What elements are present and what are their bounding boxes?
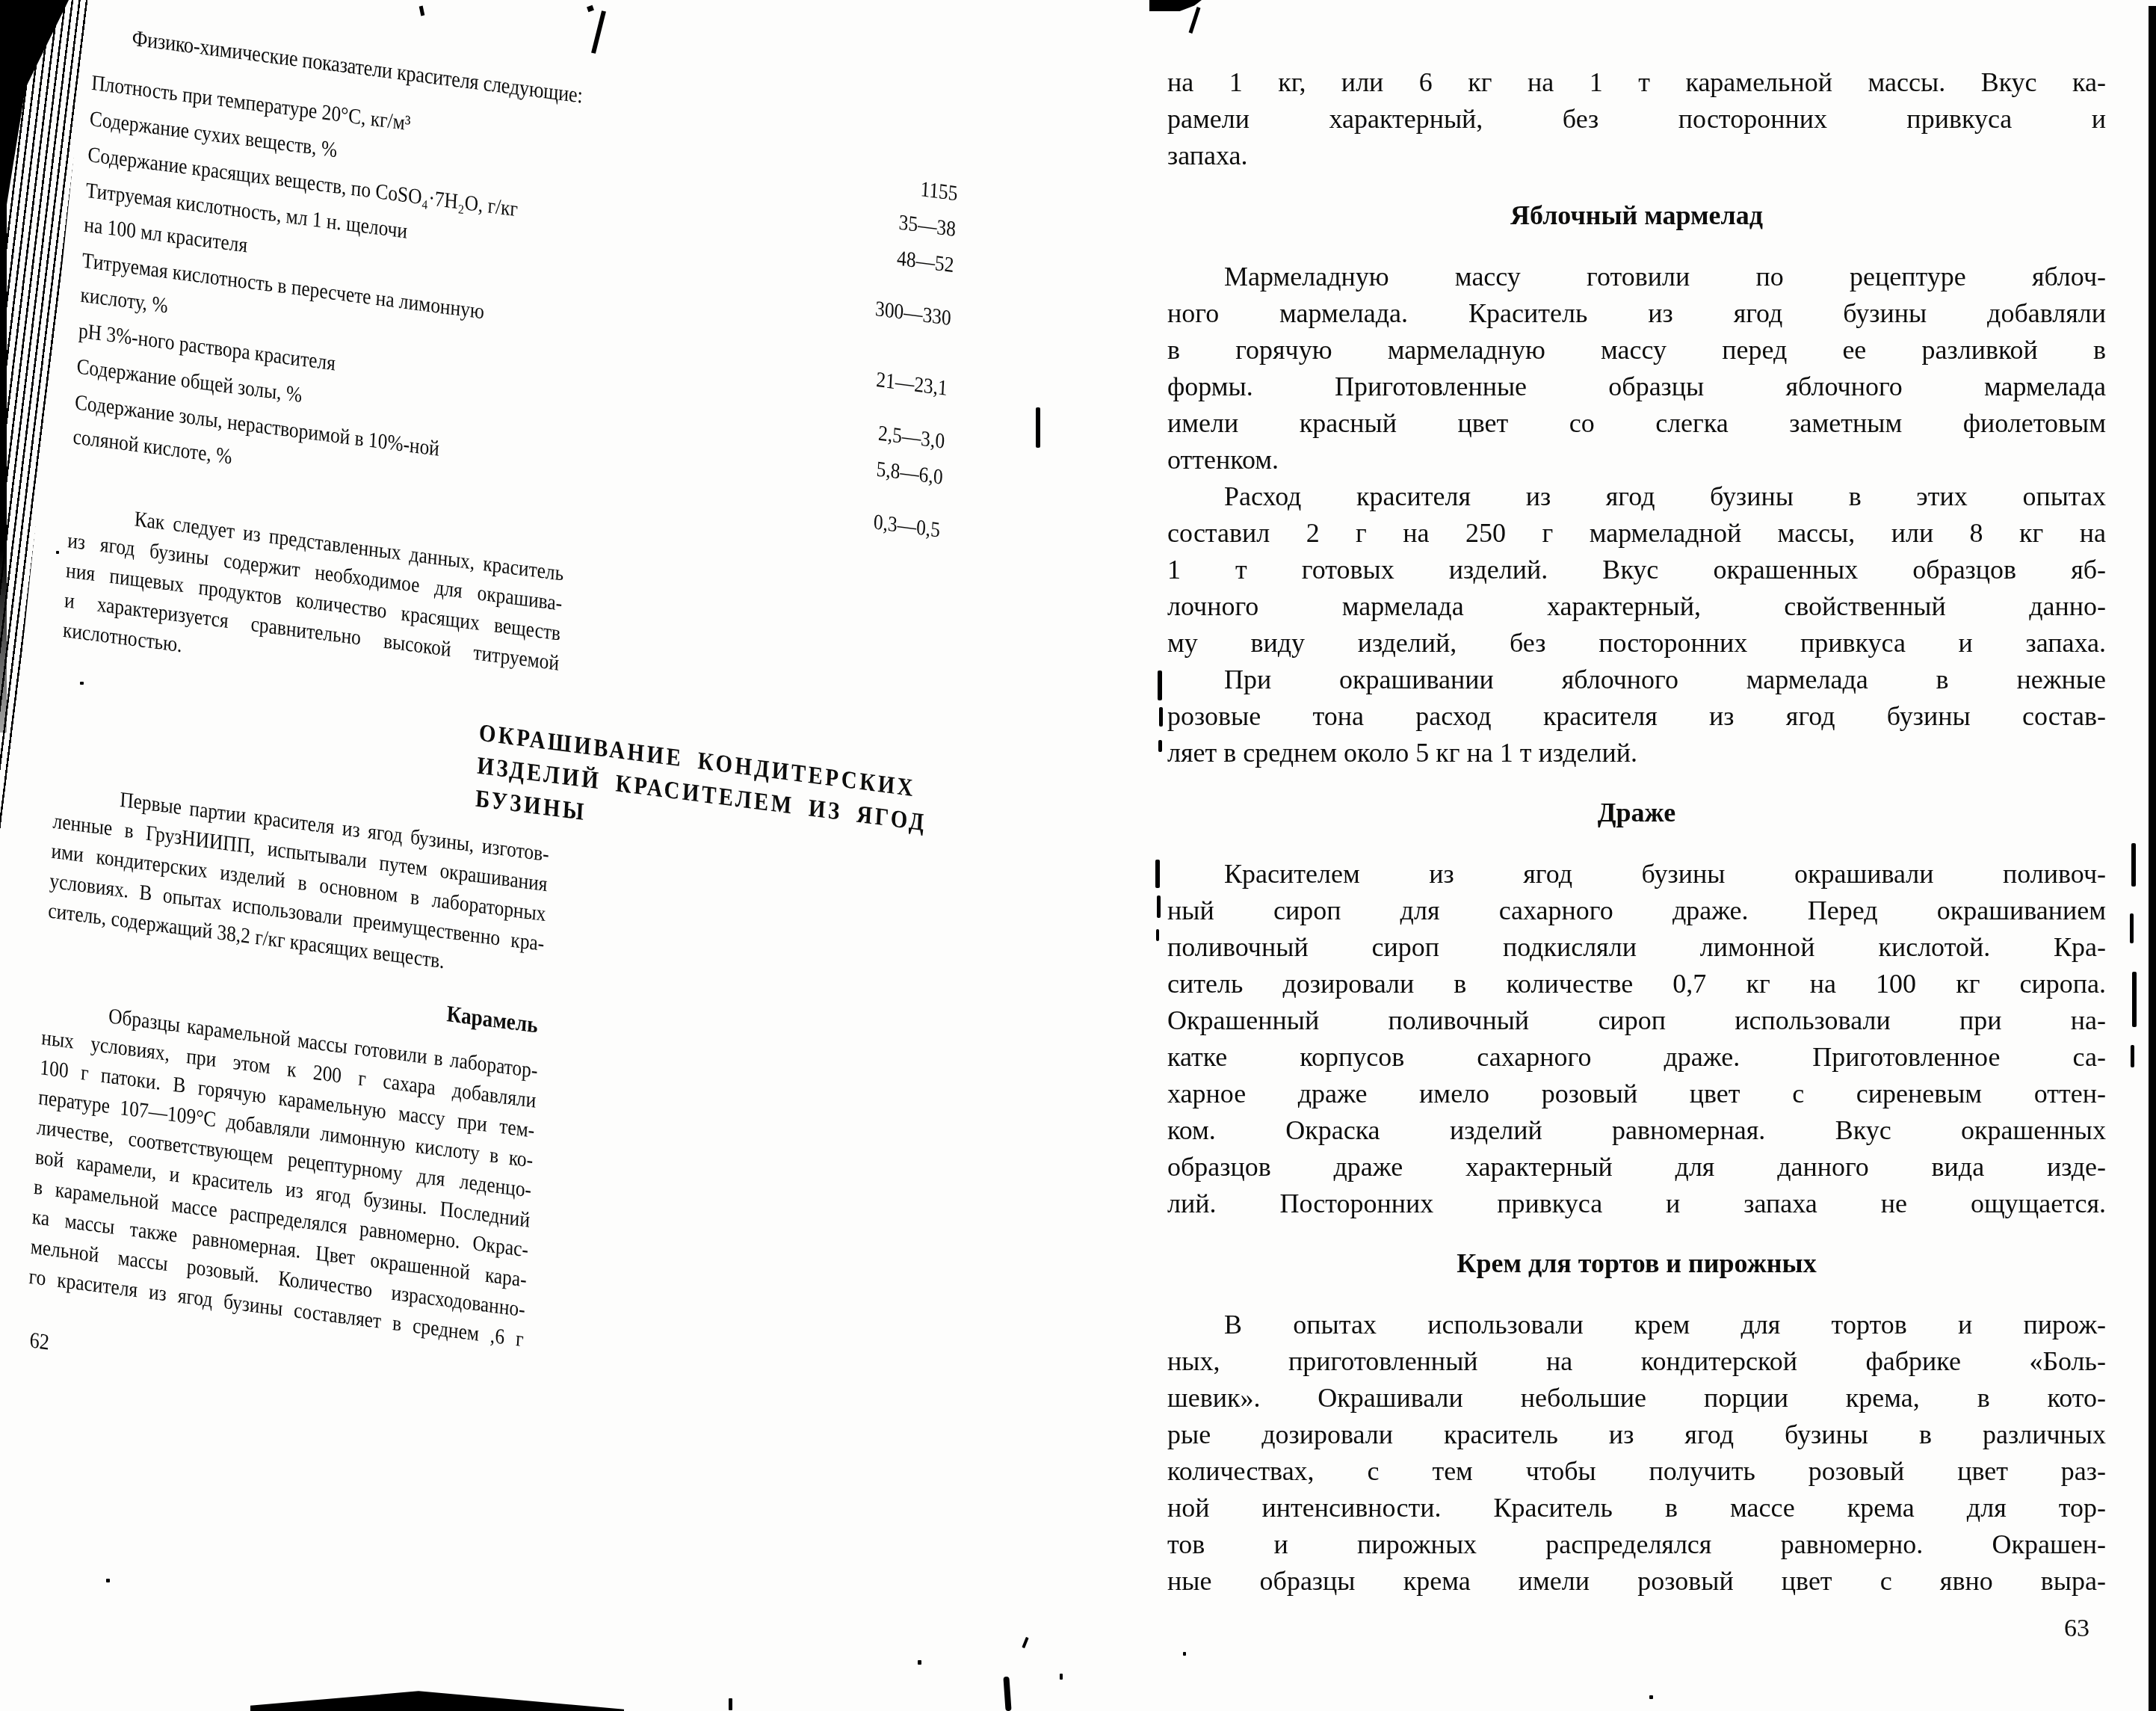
scan-artifact-speck [1022,1637,1028,1648]
paragraph-dragee: Красителем из ягод бузины окрашивали пол… [1167,856,2106,1222]
scan-artifact-speck [729,1698,732,1710]
paragraph-cream: В опытах использовали крем для тортов и … [1167,1307,2106,1600]
dragee-heading: Драже [1167,795,2106,831]
scan-artifact-gutter-bar [1036,407,1040,448]
scan-artifact-right-edge-bar [2149,6,2156,1711]
scan-artifact-gutter-dash [1158,670,1162,700]
scan-artifact-top-dot [587,5,594,12]
scan-artifact-apostrophe [419,6,425,16]
scan-artifact-gutter-dash [1155,860,1160,888]
scan-artifact-bottom-wedge [250,1689,624,1711]
scan-artifact-top-mark [1149,0,1202,11]
scan-artifact-top-mark-tail [1189,7,1201,34]
scan-artifact-gutter-dash [1157,895,1161,918]
right-page: на 1 кг, или 6 кг на 1 т карамельной мас… [1167,43,2106,1643]
paragraph-caramel: Образцы карамельной массы готовили в лаб… [28,993,539,1354]
scan-artifact-speck [106,1579,110,1582]
scan-artifact-right-dash [2131,1045,2134,1067]
properties-table: Плотность при температуре 20°С, кг/м³ 11… [72,66,986,568]
paragraph-conclusion: Как следует из представленных данных, кр… [62,496,564,708]
marmalade-heading: Яблочный мармелад [1167,197,2106,234]
cream-heading: Крем для тортов и пирожных [1167,1245,2106,1282]
paragraph-marmalade-1: Мармеладную массу готовили по рецептуре … [1167,259,2106,478]
book-scan-spread: Физико-химические показатели красителя с… [0,0,2156,1711]
scan-artifact-speck [56,551,59,554]
paragraph-marmalade-2: Расход красителя из ягод бузины в этих о… [1167,478,2106,662]
scan-artifact-gutter-dash [1156,929,1159,941]
scan-artifact-speck [1649,1695,1653,1699]
scan-artifact-speck [80,682,84,685]
left-page: Физико-химические показатели красителя с… [25,4,989,1467]
paragraph-caramel-continued: на 1 кг, или 6 кг на 1 т карамельной мас… [1167,64,2106,174]
scan-artifact-left-edge-strip [0,0,7,733]
scan-artifact-gutter-dash [1158,740,1162,752]
scan-artifact-speck [1183,1652,1186,1656]
scan-artifact-right-dash [2130,913,2134,943]
scan-artifact-speck [1060,1674,1063,1680]
paragraph-marmalade-3: При окрашивании яблочного мармелада в не… [1167,662,2106,771]
scan-artifact-top-slash [591,10,606,54]
page-number-right: 63 [1167,1615,2106,1643]
scan-artifact-bottom-stroke [1003,1677,1011,1711]
scan-artifact-right-dash [2132,972,2137,1027]
scan-artifact-right-dash [2131,843,2136,887]
scan-artifact-gutter-dash [1159,707,1163,727]
scan-artifact-speck [918,1660,921,1665]
